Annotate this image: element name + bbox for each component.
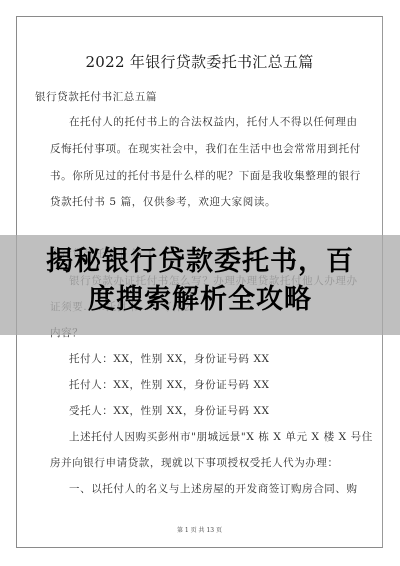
body-line: 一、以托付人的名义与上述房屋的开发商签订购房合同、购 <box>69 481 358 496</box>
intro-line: 反悔托付事项。在现实社会中，我们在生活中也会常常用到托付 <box>50 141 361 156</box>
headline-overlay: 揭秘银行贷款委托书，百 度搜索解析全攻略 <box>0 243 400 319</box>
intro-line: 书。你所见过的托付书是什么样的呢？下面是我收集整理的银行 <box>50 168 361 183</box>
intro-line: 在托付人的托付书上的合法权益内，托付人不得以任何理由 <box>69 114 358 129</box>
party-line: 托付人：XX，性别 XX，身份证号码 XX <box>69 351 270 366</box>
party-line: 受托人：XX，性别 XX，身份证号码 XX <box>69 403 270 418</box>
party-line: 托付人：XX，性别 XX，身份证号码 XX <box>69 377 270 392</box>
headline-line-2: 度搜索解析全攻略 <box>0 281 400 319</box>
body-line: 上述托付人因购买彭州市"朋城远景"X 栋 X 单元 X 楼 X 号住 <box>69 429 373 444</box>
body-line: 房并向银行申请贷款，现就以下事项授权受托人代为办理： <box>50 455 339 470</box>
intro-line: 贷款托付书 5 篇，仅供参考，欢迎大家阅读。 <box>50 194 276 209</box>
page-footer: 第 1 页 共 13 页 <box>17 525 382 534</box>
document-title: 2022 年银行贷款委托书汇总五篇 <box>17 51 382 72</box>
document-subtitle: 银行贷款托付书汇总五篇 <box>35 89 157 104</box>
headline-line-1: 揭秘银行贷款委托书，百 <box>0 243 400 281</box>
